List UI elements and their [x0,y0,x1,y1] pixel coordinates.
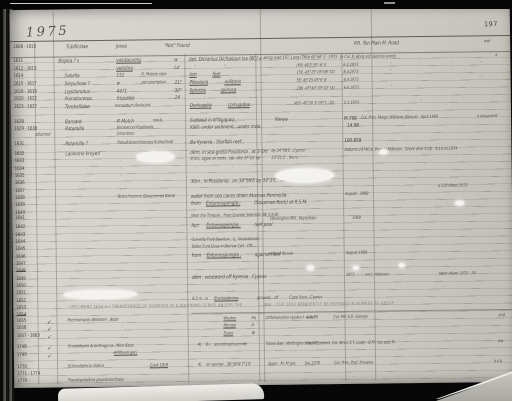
ledger-cell: Cook 1918 [150,364,168,369]
ledger-cell: (60) -45°20.5' 05°1.' 20 [294,102,334,107]
ledger-cell: · [433,123,434,127]
ledger-cell: · [119,174,121,179]
ledger-cell: Entomospongia , [206,253,241,259]
ledger-cell: 1645 [16,248,26,253]
ledger-cell: w [174,58,178,63]
ledger-cell: Johansson [117,133,134,138]
ledger-cell: Guivetta Ford Saunton , (L. Illustration… [191,238,259,243]
ledger-cell: 196 -45°40' 05°42' (A) [296,87,334,92]
ledger-cell: ″ [450,63,451,67]
ledger-cell: · [121,326,123,331]
ledger-cell: militaris [224,80,241,85]
ledger-cell: 2.1.1973 [344,102,359,106]
ledger-cell: · [467,137,468,141]
ledger-cell: ″ [194,66,196,71]
ledger-cell: Mersea [223,324,236,328]
ledger-cell: Essex [223,332,233,336]
ledger-cell: Entomospongia , [206,223,241,229]
ledger-cell: Kilifi: under sediment , under mda , [190,125,263,131]
ledger-cell: · [424,251,425,255]
ledger-cell: Artificum gen. [114,352,138,357]
ledger-cell: Terebellidae [65,105,90,111]
ledger-cell: Totani Bay , Wellington , New Zealand [266,342,330,347]
ledger-cell: · [122,372,124,377]
ledger-cell: ″ [480,77,481,81]
ledger-cell: 1657 - 1663 [17,335,40,340]
ledger-cell: · [423,155,424,159]
ledger-cell: (60) 46'S 35°-6' 0 [296,64,326,69]
ledger-cell: 1629 - 1630 [14,128,37,133]
ledger-cell: · [391,155,392,159]
ledger-cell: Pectinariopsis Websteri , Bidal [67,319,118,324]
ledger-cell: 24 [175,96,180,101]
ledger-cell: from [191,254,201,259]
ledger-cell: 8+ , amorphophous odd [206,343,247,348]
ledger-cell: ✓ [47,335,52,342]
ledger-cell: 1647 [16,263,26,268]
ledger-cell: Hemington Mill , Keynsham [270,217,316,222]
ledger-cell: · [356,178,357,182]
ledger-cell: · [120,189,122,194]
ledger-cell: Idem etiam 1973 - 74 [439,272,476,277]
ledger-cell: Spain , M. M gut. [268,363,296,368]
ledger-cell: Col. Pres. Prof. Knowles [334,362,374,367]
ledger-cell: · [463,123,464,127]
ledger-cell: · [161,325,163,330]
ledger-cell: · [403,123,404,127]
ledger-cell: volutacornis [116,58,141,64]
ledger-cell: · [423,163,424,167]
ledger-cell: by 34°58'E , Cyprus [271,149,305,154]
ledger-cell: Apr: [191,224,200,229]
ledger-cell: Jan.1978 [305,362,320,366]
ledger-cell: · [121,334,123,339]
ledger-cell: August , 1968 [345,193,369,198]
glare-blob [353,266,359,270]
ledger-cell: · [377,139,378,143]
ledger-cell: · [314,369,315,373]
ledger-cell: per exemplum [141,81,166,86]
ledger-cell: Potamilla [65,127,84,132]
ledger-cell: 6.6.1973 [343,87,358,91]
ledger-cell: · [356,186,357,190]
ledger-cell: grooves , off [257,297,278,302]
ledger-cell: A| [198,364,202,368]
ledger-cell: · [392,170,393,174]
ledger-cell: 8.2 m , in [192,298,208,302]
ledger-cell: 4471 [116,90,127,95]
ledger-cell: · [354,376,355,380]
ledger-cell: and [498,314,505,318]
ledger-cell: Brachiodontes [214,297,238,302]
ledger-cell: · [313,331,314,335]
ledger-cell: · [456,251,457,255]
ledger-cell: 151 [116,74,124,79]
ledger-cell: Subtidal in M'Ngapwa , [190,118,237,124]
ledger-cell: ✓ [47,354,52,361]
ledger-cell: ″ [390,86,391,90]
ledger-cell: ″ [420,78,421,82]
ledger-cell: Pseudobranchiomma Rutherfordi [117,141,173,146]
ledger-cell: Ld [174,66,179,71]
glare-blob [399,263,405,267]
ledger-cell: · [383,259,384,263]
ledger-cell: 1618 - 1619 [14,91,37,96]
ledger-rows: 1608 - 1610TubificidaeJones“Not” FoundP.… [10,4,512,388]
ledger-cell: · [471,162,472,166]
ledger-cell: · [284,370,285,374]
ledger-cell: 1639 [15,204,25,209]
ledger-cell: · [363,331,364,335]
ledger-cell: 1646 [16,256,26,261]
ledger-cell: 6.2.1973 [343,64,358,68]
ledger-cell: W [251,332,255,336]
glare-blob [455,201,464,206]
glare-blob [307,265,314,270]
ledger-cell: · [424,192,425,196]
ledger-cell: along road 197, Lang (TM)a 60°46' S · 19… [263,55,396,61]
ledger-cell: Col. Mrs C.T.T. Lindy . B.M. has part M. [332,341,396,346]
ledger-cell: · [392,192,393,196]
ledger-cell: · [491,122,492,126]
ledger-cell: 6.4.1973 [343,79,358,83]
ledger-cell: ″ [443,287,444,291]
ledger-cell: a [495,54,497,58]
ledger-cell: Weston [223,317,236,321]
ledger-cell: ″ [390,63,391,67]
ledger-cell: 4.ix.78 [306,316,318,320]
spine-highlight-small [384,2,395,4]
ledger-cell: a 110 dived 1972 [438,184,468,189]
ledger-cell: Serpulinae ? [64,82,90,88]
ledger-cell: Cape Soco , Cyprus [289,296,322,301]
ledger-cell: reef pool . [254,223,275,228]
ledger-cell: 1614 [14,75,24,80]
ledger-cell: Barnard [65,120,82,125]
ledger-cell: · [443,322,444,326]
ledger-cell: ″ [480,62,481,66]
ledger-cell: 1638 [15,197,25,202]
ledger-cell: · [231,165,233,170]
photo-top-band [0,0,512,9]
ledger-cell: 1612 - 1613 [13,68,36,73]
ledger-cell: ″ [421,101,422,105]
ledger-cell: w [116,82,120,87]
ledger-cell: Autumn 1974 [344,149,367,154]
ledger-cell: 1628 [14,121,24,126]
ledger-cell: Lepidonotus [64,90,89,96]
ledger-cell: from [191,202,201,207]
ledger-cell: 1636 [15,182,25,187]
ledger-cell: 1634 [15,168,25,173]
ledger-cell: 1969 [352,217,361,221]
ledger-cell: 33°21.5' , Korni . [271,157,299,162]
ledger-cell: 1641 [15,217,25,222]
ledger-cell: Dexiospira [190,104,212,109]
ledger-cell: 1656 [17,327,27,332]
ledger-cell: 1649 [16,278,26,283]
ledger-cell: a document [477,115,497,120]
ledger-cell: 1653 [16,307,26,312]
ledger-cell: ✓ [47,346,52,353]
ledger-cell: 1651 [16,292,26,297]
ledger-cell: 1633 [15,160,25,165]
ledger-cell: 1779 [17,380,27,385]
ledger-cell: P. Mutch [117,120,134,125]
ledger-cell: triqueter [117,97,135,102]
ledger-cell: Jones [116,45,127,50]
spine-highlight [10,3,152,5]
ledger-cell: · [433,258,434,262]
ledger-cell: Col. Pres. Margo Williams (Kenya) , Apri… [361,116,438,121]
ledger-cell: 1632 [14,153,24,158]
ledger-cell: Sabella [64,74,79,79]
ledger-cell: Ha [251,317,256,321]
ledger-cell: · [355,156,356,160]
ledger-cell: 21° [174,81,182,86]
ledger-cell: nov.b [153,119,162,123]
ledger-cell: 1631 [14,143,24,148]
ledger-cell: on sponge , 36°50'N 7°1'E [206,363,251,368]
scanned-register-photo: { "meta": { "document_type": "handwritte… [0,0,512,401]
ledger-cell: 1623 - 1627 [14,106,37,111]
ledger-cell: Spirobis [189,89,206,94]
ledger-cell: a.s.b [494,360,502,364]
ledger-cell: · [442,216,443,220]
ledger-cell: 8-5m, algae on rocks , lab. diet 37°21' … [190,157,260,162]
ledger-cell: 1748 [17,346,27,351]
ledger-cell: · [119,167,121,172]
ledger-cell: A| [198,344,202,348]
ledger-cell: 8.4.1973 [343,71,358,75]
ledger-cell: · [392,251,393,255]
ledger-cell: Ba Kyrenia , Starfish reef , [190,140,244,146]
ledger-cell: · [357,281,358,285]
ledger-cell: · [357,288,358,292]
ledger-cell: dêm , westward off Kyrenia , Cyprus [192,275,267,281]
ledger-cell: P.R. Ten Plain M. Road [354,41,399,47]
ledger-cell: M.798 [344,117,357,122]
ledger-cell: August 1968 [345,252,367,257]
ledger-cell: 1643 [15,234,25,239]
ledger-cell: Pseudopolydora paucibranchiata [68,379,124,384]
ledger-cell: Beulascool Ruptibalia [117,126,153,131]
ledger-cell: · [355,164,356,168]
ledger-cell: 150 -45°25' 05°08' CO [296,71,334,76]
ledger-cell: ″ [390,70,391,74]
ledger-cell: · [437,138,438,142]
ledger-cell: Pomatoceros [65,97,92,103]
ledger-cell: (Squamae Rock) at R.S.M. [254,200,308,206]
ledger-cell: Near the Torquay , from Grande Selection… [191,214,279,219]
ledger-cell: 1620 - 1622 [14,98,37,103]
ledger-cell: attached [35,134,50,138]
ledger-cell: Nov.'78 [305,342,318,346]
ledger-cell: · [424,177,425,181]
ledger-cell: · [354,369,355,373]
ledger-cell: · [463,330,464,334]
ledger-cell: · [392,207,393,211]
ledger-cell: ″ [450,70,451,74]
ledger-cell: corrugatus [228,103,250,108]
ledger-cell: Kenya [275,118,288,123]
ledger-cell: A [251,324,254,328]
ledger-cell: 55' 45°25 05°6' 8 [296,79,326,84]
ledger-cell: · [351,94,352,98]
ledger-cell: wet [484,40,490,44]
ledger-cell: · [472,215,473,219]
ledger-cell: Ism [189,73,197,78]
ledger-cell: 1771 - 1774 [17,373,40,378]
ledger-cell: 1655 [16,320,26,325]
ledger-cell: · [403,322,404,326]
ledger-cell: · [407,138,408,142]
ledger-cell: · [402,216,403,220]
ledger-cell: Laonome kroyeri [65,152,100,158]
ledger-cell: · [462,192,463,196]
ledger-cell: · [455,155,456,159]
ledger-cell: Branchiomma (Dasychone) Bairdi [118,195,175,200]
ledger-cell: SPECIMENS 1654 a-r TRANSFERRED OF NUMBER… [69,303,242,309]
ledger-cell: · [441,280,442,284]
ledger-cell: 1637 [15,190,25,195]
ledger-cell: Entomospongia , [206,201,241,207]
ledger-cell: · [353,323,354,327]
ledger-cell: excavatum Audouinii [115,104,151,109]
ledger-cell: · [195,166,197,171]
ledger-cell: bet. Dicranius Dichanous Isa (BC) a [189,57,262,63]
ledger-cell: · [451,170,452,174]
ledger-cell: R. Mutisia slips [141,73,166,78]
ledger-cell: · [313,323,314,327]
ledger-cell: · [204,96,206,101]
ledger-cell: not J. Alderson [365,273,390,278]
ledger-cell: Echinofabricia statice [68,365,104,370]
ledger-cell: 1635 [15,175,25,180]
ledger-cell: ″ [373,124,374,128]
ledger-cell: 14.98 [347,124,359,129]
ledger-cell: · [234,95,236,100]
ledger-cell: Scorpidopsis Acanthogyrus , Nico Baba [68,345,134,350]
ledger-cell: · [484,250,485,254]
ledger-cell: 1611 [13,60,23,65]
ledger-cell: · [233,289,235,294]
ledger-cell: 1770 [17,366,27,371]
ledger-cell: fear [212,72,220,77]
ledger-cell: · [423,330,424,334]
register-page: 1975 197 1608 - 1610TubificidaeJones“Not… [10,4,512,388]
ledger-cell: 1973 [346,274,355,278]
ledger-cell: velutina [116,67,133,72]
ledger-cell: · [283,324,284,328]
ledger-cell: 1642 [15,226,25,231]
ledger-cell: 1644 [16,241,26,246]
ledger-cell: 1650 [16,285,26,290]
ledger-cell: 1608 - 1610 [13,46,36,51]
ledger-cell: spinosa [220,88,236,93]
ledger-cell: Pileolaria [189,81,208,86]
ledger-cell: 1652 [16,300,26,305]
ledger-cell: · [233,282,235,287]
ledger-cell: w. Kent Ibrouk [269,253,293,258]
ledger-cell: ✓ [47,327,52,334]
ledger-cell: · [314,376,315,380]
ledger-cell: Tubificidae [66,45,88,50]
ledger-cell: ″ [420,63,421,67]
ledger-cell: · [119,159,121,164]
ledger-cell: 100.858 [344,139,361,144]
ledger-cell: ″ [224,65,226,70]
ledger-cell: MAL , THE 1650 APPARENTLY RE-ENTERED IN … [264,301,397,307]
ledger-cell: Bispira ? s [58,59,79,64]
ledger-cell: Col. Per S.D. George [333,316,367,321]
ledger-cell: Tellen Ford Cove in Berrow Cell . Off ..… [191,245,256,250]
ledger-cell: “Not” Found [164,44,190,50]
ledger-cell: 30° [174,89,182,94]
ledger-cell: · · · [299,94,304,98]
ledger-cell: · [473,321,474,325]
ledger-cell: 1615 - 1617 [14,83,37,88]
ledger-cell: 1749 [17,354,27,359]
ledger-cell: Potamilla ? [65,142,88,147]
glare-blob [379,149,387,154]
ledger-cell: ww [498,340,504,344]
ledger-cell: 1648 [16,270,26,275]
